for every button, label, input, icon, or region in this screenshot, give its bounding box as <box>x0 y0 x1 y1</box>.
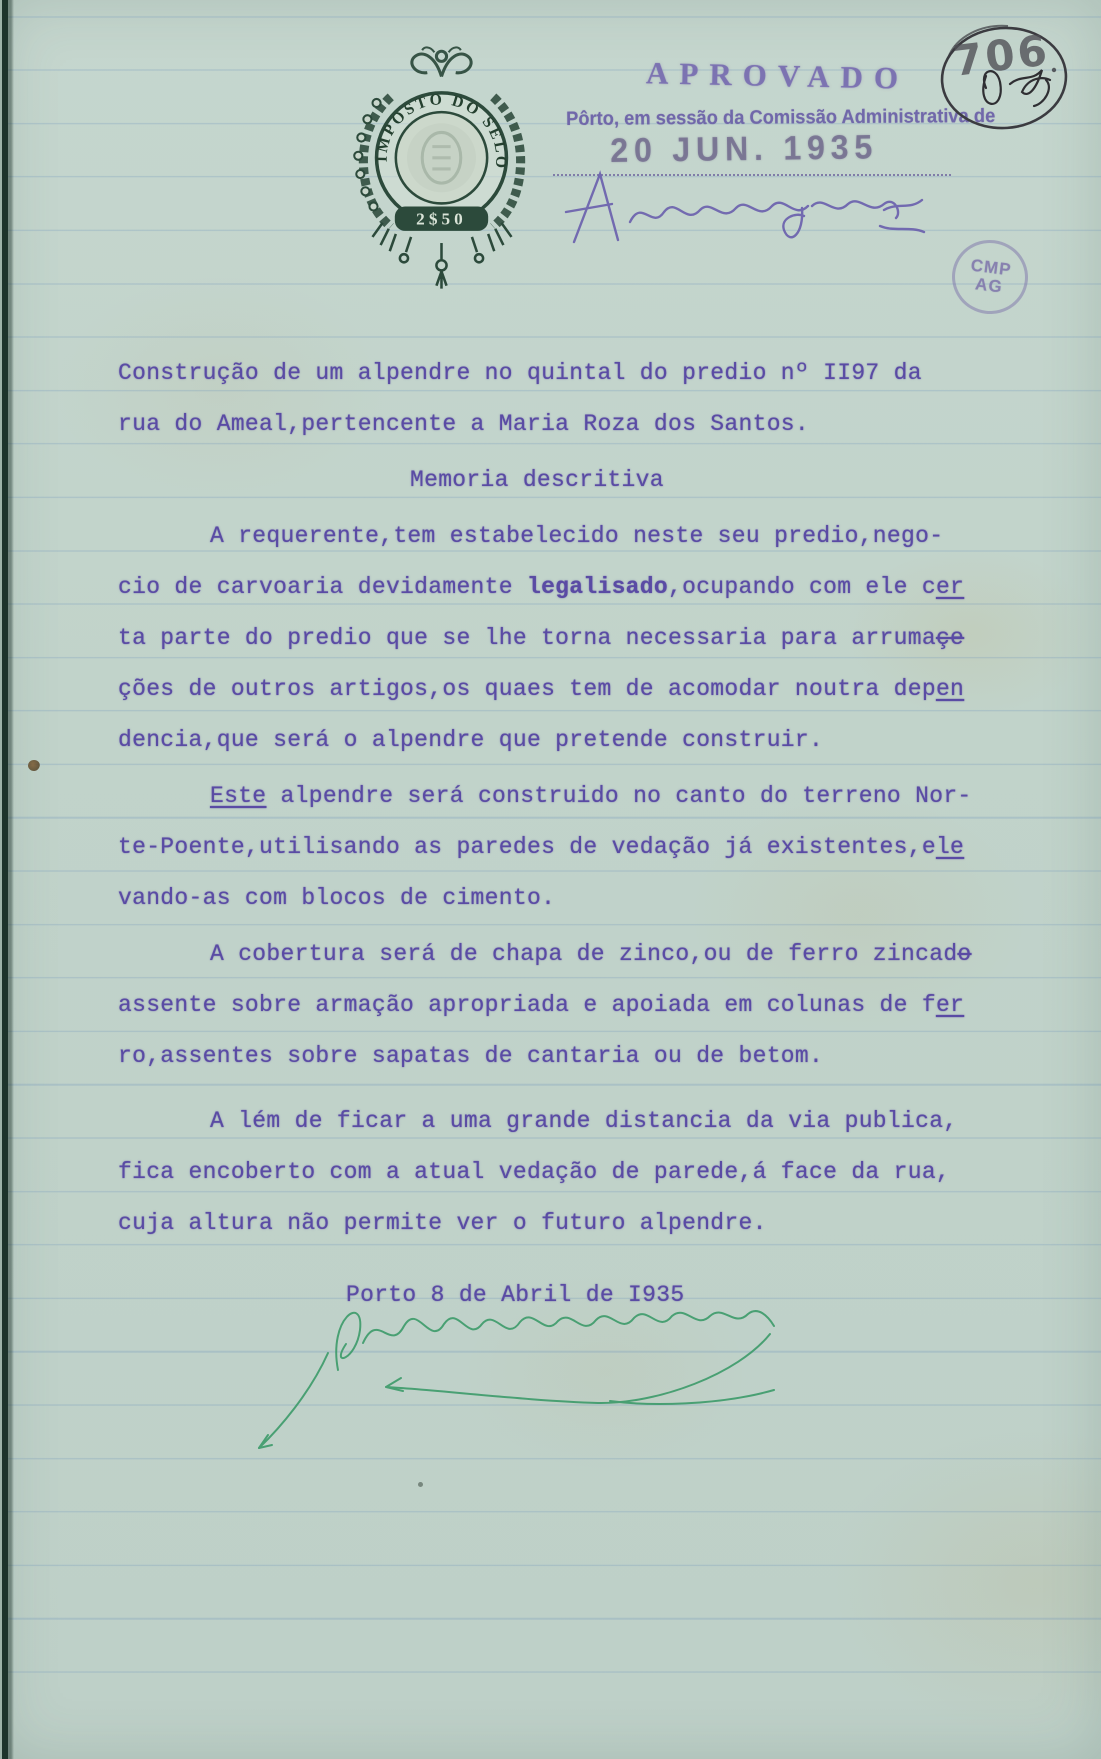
typed-line: ções de outros artigos,os quaes tem de a… <box>118 676 978 727</box>
stamp-top-ornament <box>412 47 471 76</box>
approver-signature <box>552 158 932 274</box>
typed-line: A cobertura será de chapa de zinco,ou de… <box>118 941 978 992</box>
paper-stain-spot <box>28 760 40 771</box>
typed-line: te-Poente,utilisando as paredes de vedaç… <box>118 834 978 885</box>
stamp-embossed-center <box>407 123 476 192</box>
typed-line: Construção de um alpendre no quintal do … <box>118 360 978 411</box>
binding-edge <box>0 0 14 1759</box>
typed-line: rua do Ameal,pertencente a Maria Roza do… <box>118 411 978 462</box>
tax-stamp-emblem-icon: IMPOSTO DO SELO 2$50 <box>338 44 546 300</box>
aprovado-stamp-subline: Pôrto, em sessão da Comissão Administrat… <box>566 105 995 131</box>
typed-line: cio de carvoaria devidamente legalisado,… <box>118 574 978 625</box>
typed-line: Este alpendre será construido no canto d… <box>118 783 978 834</box>
registry-number: 706 <box>950 25 1052 85</box>
author-signature <box>178 1138 818 1478</box>
cmp-stamp-line2: AG <box>974 275 1003 296</box>
paper-speck <box>418 1482 423 1487</box>
typed-line: assente sobre armação apropriada e apoia… <box>118 992 978 1043</box>
cmp-ag-stamp: CMP AG <box>948 236 1032 319</box>
stamp-tassels <box>400 237 483 289</box>
typed-line: A requerente,tem estabelecido neste seu … <box>118 523 978 574</box>
stamp-value-label: 2$50 <box>416 210 467 229</box>
aprovado-stamp: APROVADO <box>646 55 910 97</box>
typed-line: vando-as com blocos de cimento. <box>118 885 978 936</box>
typed-line: dencia,que será o alpendre que pretende … <box>118 727 978 778</box>
typed-line: Memoria descritiva <box>118 467 978 518</box>
document-page: IMPOSTO DO SELO 2$50 APROVADO Pôrto, em … <box>0 0 1101 1759</box>
typed-line: ro,assentes sobre sapatas de cantaria ou… <box>118 1043 978 1094</box>
typed-line: ta parte do predio que se lhe torna nece… <box>118 625 978 676</box>
registry-number-oval: 706 <box>934 18 1080 140</box>
